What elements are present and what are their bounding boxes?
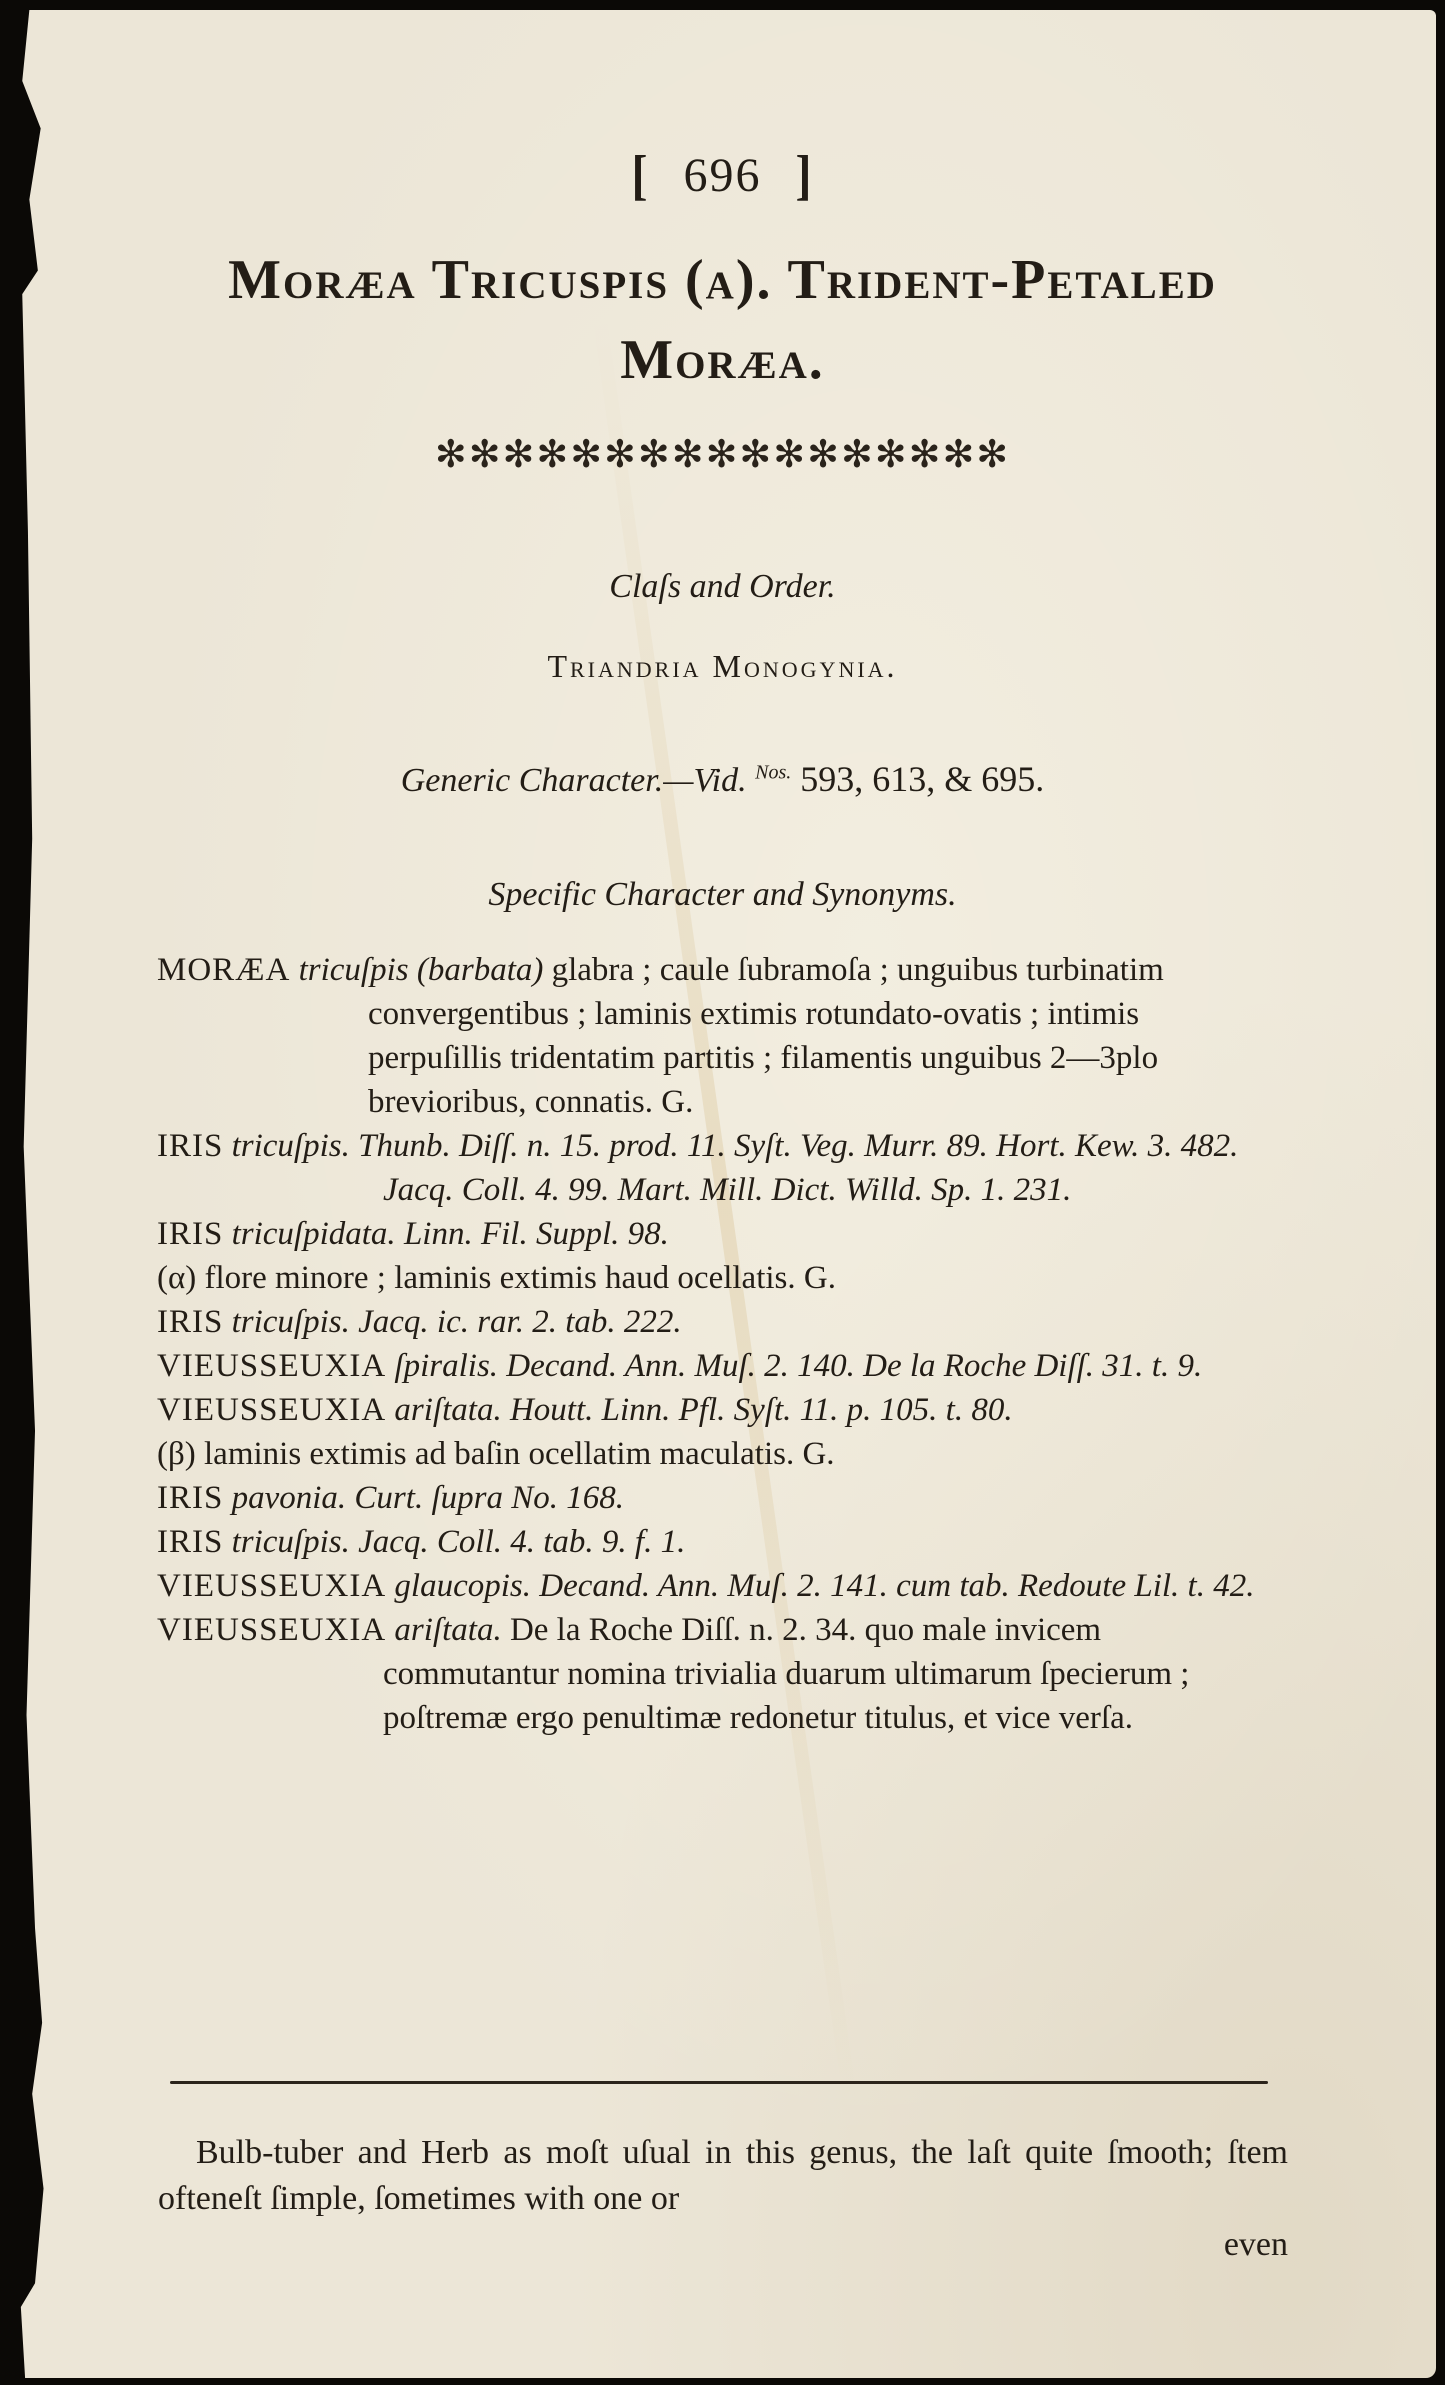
description-paragraph: Bulb-tuber and Herb as moſt uſual in thi…: [158, 2130, 1288, 2268]
variety-alpha: (α) flore minore ; laminis extimis haud …: [157, 1256, 1272, 1300]
synonym-entry: VIEUSSEUXIA ſpiralis. Decand. Ann. Muſ. …: [157, 1344, 1272, 1388]
page-number-value: 696: [684, 149, 762, 202]
synonym-entry: IRIS tricuſpis. Jacq. ic. rar. 2. tab. 2…: [157, 1300, 1272, 1344]
title-line-1: Moræa Tricuspis (α). Trident-Petaled: [0, 240, 1445, 320]
class-order-heading: Claſs and Order.: [0, 568, 1445, 606]
generic-character-nos: Nos.: [755, 762, 791, 784]
synonym-entry: IRIS tricuſpis. Jacq. Coll. 4. tab. 9. f…: [157, 1520, 1272, 1564]
synonym-list: MORÆA tricuſpis (barbata) glabra ; caule…: [157, 948, 1272, 1740]
synonym-entry: VIEUSSEUXIA glaucopis. Decand. Ann. Muſ.…: [157, 1564, 1272, 1608]
generic-character: Generic Character.—Vid. Nos. 593, 613, &…: [0, 758, 1445, 800]
title-line-2: Moræa.: [0, 320, 1445, 400]
synonym-entry: VIEUSSEUXIA ariſtata. De la Roche Diſſ. …: [157, 1608, 1272, 1740]
section-rule: [170, 2081, 1268, 2084]
class-order-value: Triandria Monogynia.: [0, 648, 1445, 685]
synonym-entry: IRIS pavonia. Curt. ſupra No. 168.: [157, 1476, 1272, 1520]
specific-character-heading: Specific Character and Synonyms.: [0, 876, 1445, 914]
description-text: Bulb-tuber and Herb as moſt uſual in thi…: [158, 2134, 1288, 2217]
page-title: Moræa Tricuspis (α). Trident-Petaled Mor…: [0, 240, 1445, 400]
generic-character-label: Generic Character.—Vid.: [401, 762, 755, 799]
page-number: [696]: [0, 148, 1445, 203]
variety-beta: (β) laminis extimis ad baſin ocellatim m…: [157, 1432, 1272, 1476]
generic-character-numbers: 593, 613, & 695.: [791, 759, 1044, 799]
synonym-entry: IRIS tricuſpis. Thunb. Diſſ. n. 15. prod…: [157, 1124, 1272, 1212]
synonym-entry: IRIS tricuſpidata. Linn. Fil. Suppl. 98.: [157, 1212, 1272, 1256]
catchword: even: [158, 2222, 1288, 2268]
bracket-right: ]: [796, 144, 814, 207]
synonym-entry: MORÆA tricuſpis (barbata) glabra ; caule…: [157, 948, 1272, 1124]
bracket-left: [: [632, 144, 650, 207]
synonym-entry: VIEUSSEUXIA ariſtata. Houtt. Linn. Pfl. …: [157, 1388, 1272, 1432]
page-content: [696] Moræa Tricuspis (α). Trident-Petal…: [0, 0, 1445, 2385]
ornament-divider: ✻✻✻✻✻✻✻✻✻✻✻✻✻✻✻✻✻: [0, 432, 1445, 477]
